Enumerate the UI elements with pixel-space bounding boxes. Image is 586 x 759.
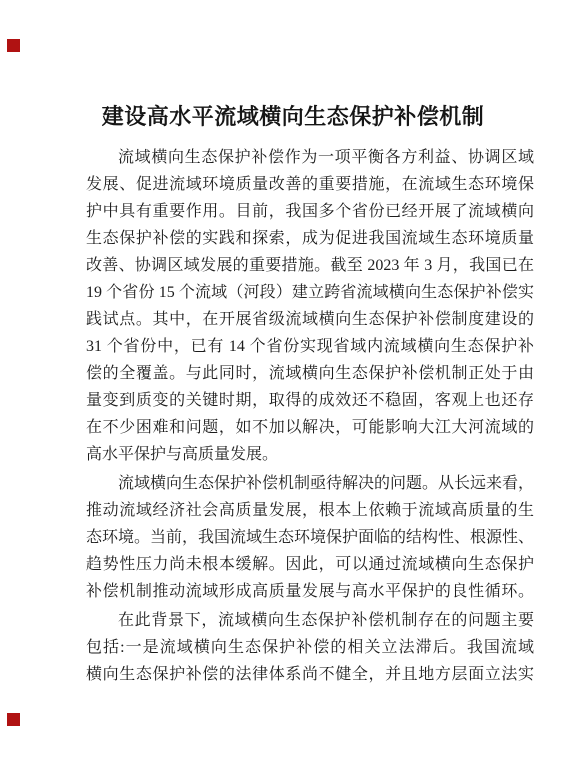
text-line: 流域横向生态保护补偿作为一项平衡各方利益、协调区域 [86, 144, 534, 171]
paragraph-2: 流域横向生态保护补偿机制亟待解决的问题。从长远来看， 推动流域经济社会高质量发展… [86, 470, 534, 605]
text-line: 量变到质变的关键时期，取得的成效还不稳固，客观上也还存 [86, 387, 534, 414]
text-line: 护中具有重要作用。目前，我国多个省份已经开展了流域横向 [86, 198, 534, 225]
text-line: 推动流域经济社会高质量发展，根本上依赖于流域高质量的生 [86, 497, 534, 524]
text-line: 在此背景下，流域横向生态保护补偿机制存在的问题主要 [86, 607, 534, 634]
text-line: 高水平保护与高质量发展。 [86, 441, 534, 468]
document-page: 建设高水平流域横向生态保护补偿机制 流域横向生态保护补偿作为一项平衡各方利益、协… [0, 0, 586, 759]
text-line: 偿的全覆盖。与此同时，流域横向生态保护补偿机制正处于由 [86, 360, 534, 387]
red-marker-bottom [7, 713, 20, 726]
text-line: 19 个省份 15 个流域（河段）建立跨省流域横向生态保护补偿实 [86, 279, 534, 306]
text-line: 践试点。其中，在开展省级流域横向生态保护补偿制度建设的 [86, 306, 534, 333]
document-title: 建设高水平流域横向生态保护补偿机制 [0, 104, 586, 130]
paragraph-3: 在此背景下，流域横向生态保护补偿机制存在的问题主要 包括:一是流域横向生态保护补… [86, 607, 534, 688]
text-line: 补偿机制推动流域形成高质量发展与高水平保护的良性循环。 [86, 578, 534, 605]
text-line: 在不少困难和问题，如不加以解决，可能影响大江大河流域的 [86, 414, 534, 441]
text-line: 31 个省份中，已有 14 个省份实现省域内流域横向生态保护补 [86, 333, 534, 360]
text-line: 态环境。当前，我国流域生态环境保护面临的结构性、根源性、 [86, 524, 534, 551]
red-marker-top [7, 39, 20, 52]
text-line: 生态保护补偿的实践和探索，成为促进我国流域生态环境质量 [86, 225, 534, 252]
text-line: 趋势性压力尚未根本缓解。因此，可以通过流域横向生态保护 [86, 551, 534, 578]
text-line: 横向生态保护补偿的法律体系尚不健全，并且地方层面立法实 [86, 661, 534, 688]
text-line: 流域横向生态保护补偿机制亟待解决的问题。从长远来看， [86, 470, 534, 497]
text-line: 发展、促进流域环境质量改善的重要措施，在流域生态环境保 [86, 171, 534, 198]
text-line: 改善、协调区域发展的重要措施。截至 2023 年 3 月，我国已在 [86, 252, 534, 279]
paragraph-1: 流域横向生态保护补偿作为一项平衡各方利益、协调区域 发展、促进流域环境质量改善的… [86, 144, 534, 468]
document-body: 流域横向生态保护补偿作为一项平衡各方利益、协调区域 发展、促进流域环境质量改善的… [86, 144, 534, 688]
text-line: 包括:一是流域横向生态保护补偿的相关立法滞后。我国流域 [86, 634, 534, 661]
